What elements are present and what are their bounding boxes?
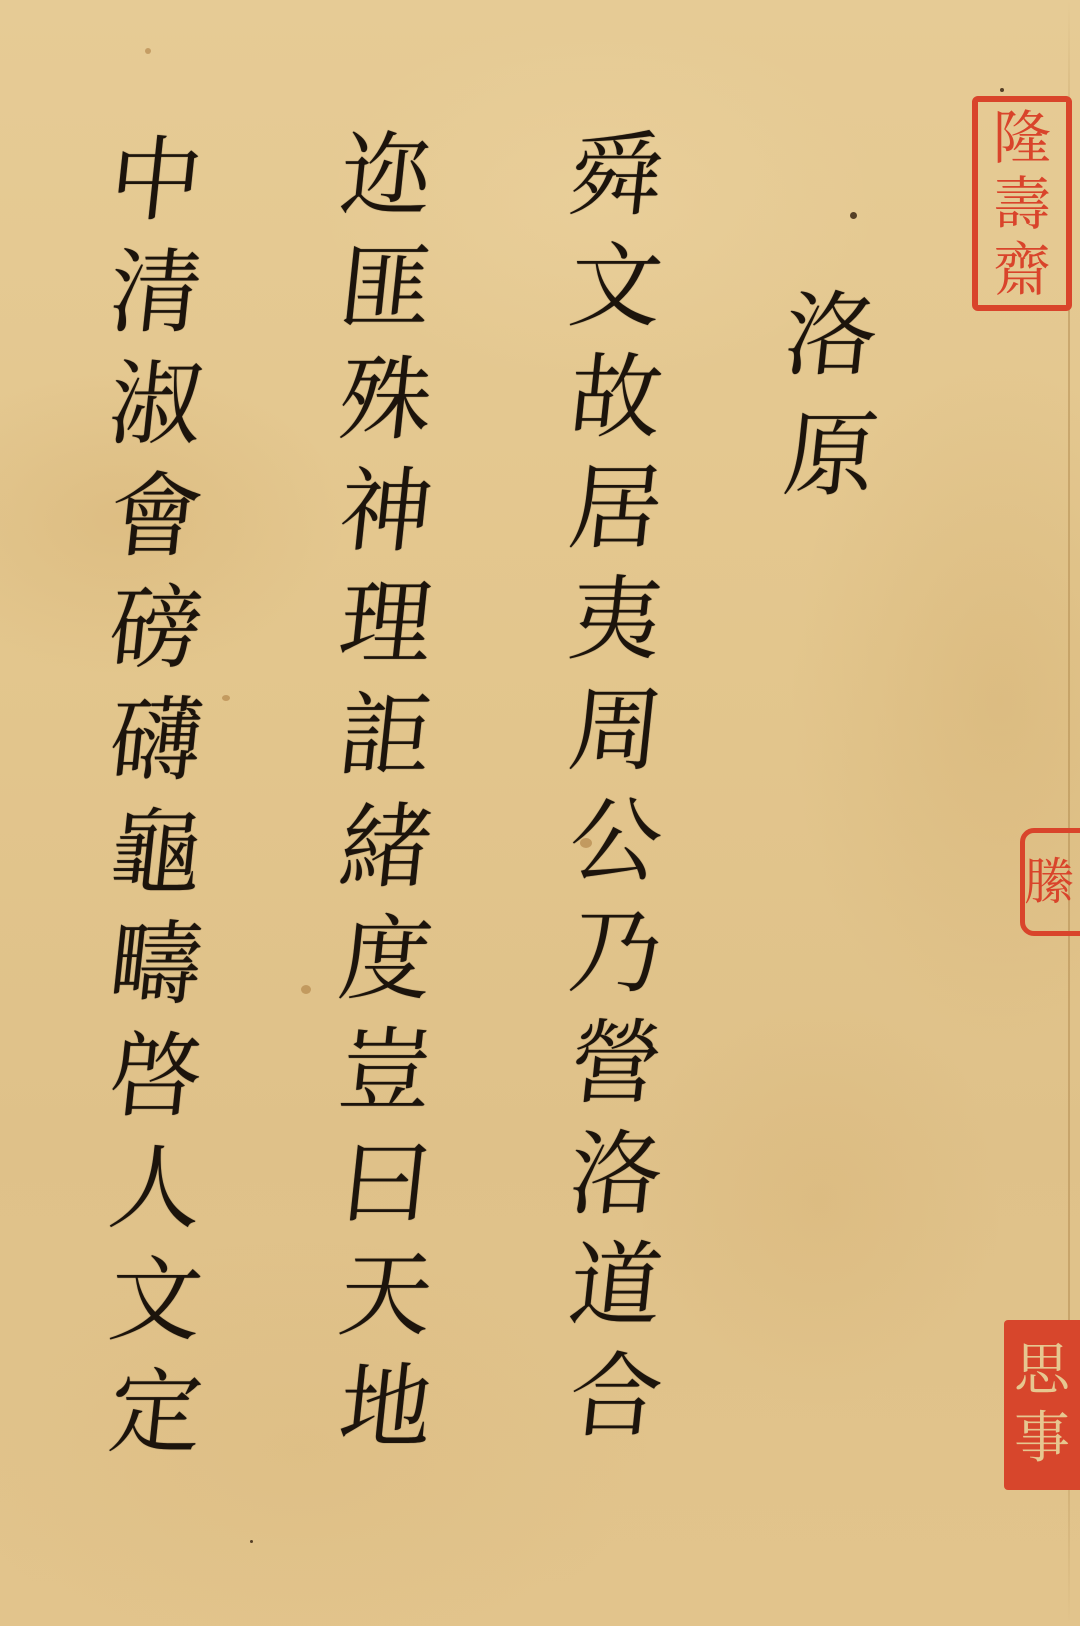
text-char: 啓 — [89, 1031, 220, 1139]
text-char: 人 — [89, 1143, 220, 1251]
text-char: 居 — [549, 463, 680, 571]
paper-stain — [145, 48, 151, 54]
text-char: 中 — [89, 135, 220, 243]
text-char: 會 — [89, 471, 220, 579]
text-char: 龜 — [89, 807, 220, 915]
text-column-middle: 迩 匪 殊 神 理 詎 緒 度 豈 曰 天 地 — [325, 130, 445, 1474]
text-char: 清 — [89, 247, 220, 355]
title-char: 原 — [764, 410, 896, 520]
paper-stain — [222, 695, 230, 701]
text-char: 緒 — [319, 802, 450, 910]
seal-middle-right: 縢 — [1020, 828, 1080, 936]
text-char: 曰 — [319, 1138, 450, 1246]
text-char: 道 — [549, 1240, 680, 1348]
calligraphy-page: 洛 原 舜 文 故 居 夷 周 公 乃 營 洛 道 合 迩 匪 殊 神 理 詎 … — [0, 0, 1080, 1626]
text-column-right: 舜 文 故 居 夷 周 公 乃 營 洛 道 合 — [555, 130, 675, 1462]
text-char: 殊 — [319, 354, 450, 462]
text-char: 地 — [319, 1362, 450, 1470]
text-char: 舜 — [549, 130, 680, 238]
text-char: 天 — [319, 1250, 450, 1358]
text-char: 迩 — [319, 130, 450, 238]
seal-char: 事 — [1014, 1411, 1070, 1467]
seal-char: 齋 — [993, 241, 1051, 299]
text-char: 夷 — [549, 574, 680, 682]
text-char: 神 — [319, 466, 450, 574]
seal-bottom-right: 思 事 — [1004, 1320, 1080, 1490]
text-char: 定 — [89, 1367, 220, 1475]
text-char: 匪 — [319, 242, 450, 350]
text-char: 疇 — [89, 919, 220, 1027]
text-char: 公 — [549, 796, 680, 904]
text-char: 詎 — [319, 690, 450, 798]
seal-char: 隆 — [993, 109, 1051, 167]
text-char: 文 — [89, 1255, 220, 1363]
text-char: 文 — [549, 241, 680, 349]
title-column: 洛 原 — [770, 290, 890, 530]
text-char: 故 — [549, 352, 680, 460]
seal-top-right: 隆 壽 齋 — [972, 96, 1072, 311]
ink-speck — [250, 1540, 253, 1543]
text-char: 豈 — [319, 1026, 450, 1134]
title-char: 洛 — [764, 290, 896, 400]
text-char: 周 — [549, 685, 680, 793]
text-char: 淑 — [89, 359, 220, 467]
text-char: 洛 — [549, 1129, 680, 1237]
text-char: 礴 — [89, 695, 220, 803]
text-char: 理 — [319, 578, 450, 686]
ink-speck — [1000, 88, 1004, 92]
seal-char: 縢 — [1024, 857, 1074, 907]
text-char: 乃 — [549, 907, 680, 1015]
text-char: 度 — [319, 914, 450, 1022]
seal-char: 壽 — [993, 175, 1051, 233]
seal-char: 思 — [1014, 1343, 1070, 1399]
text-char: 合 — [549, 1351, 680, 1459]
paper-stain — [301, 985, 311, 994]
text-char: 磅 — [89, 583, 220, 691]
ink-speck — [850, 212, 857, 219]
text-char: 營 — [549, 1018, 680, 1126]
text-column-left: 中 清 淑 會 磅 礴 龜 疇 啓 人 文 定 — [95, 135, 215, 1479]
